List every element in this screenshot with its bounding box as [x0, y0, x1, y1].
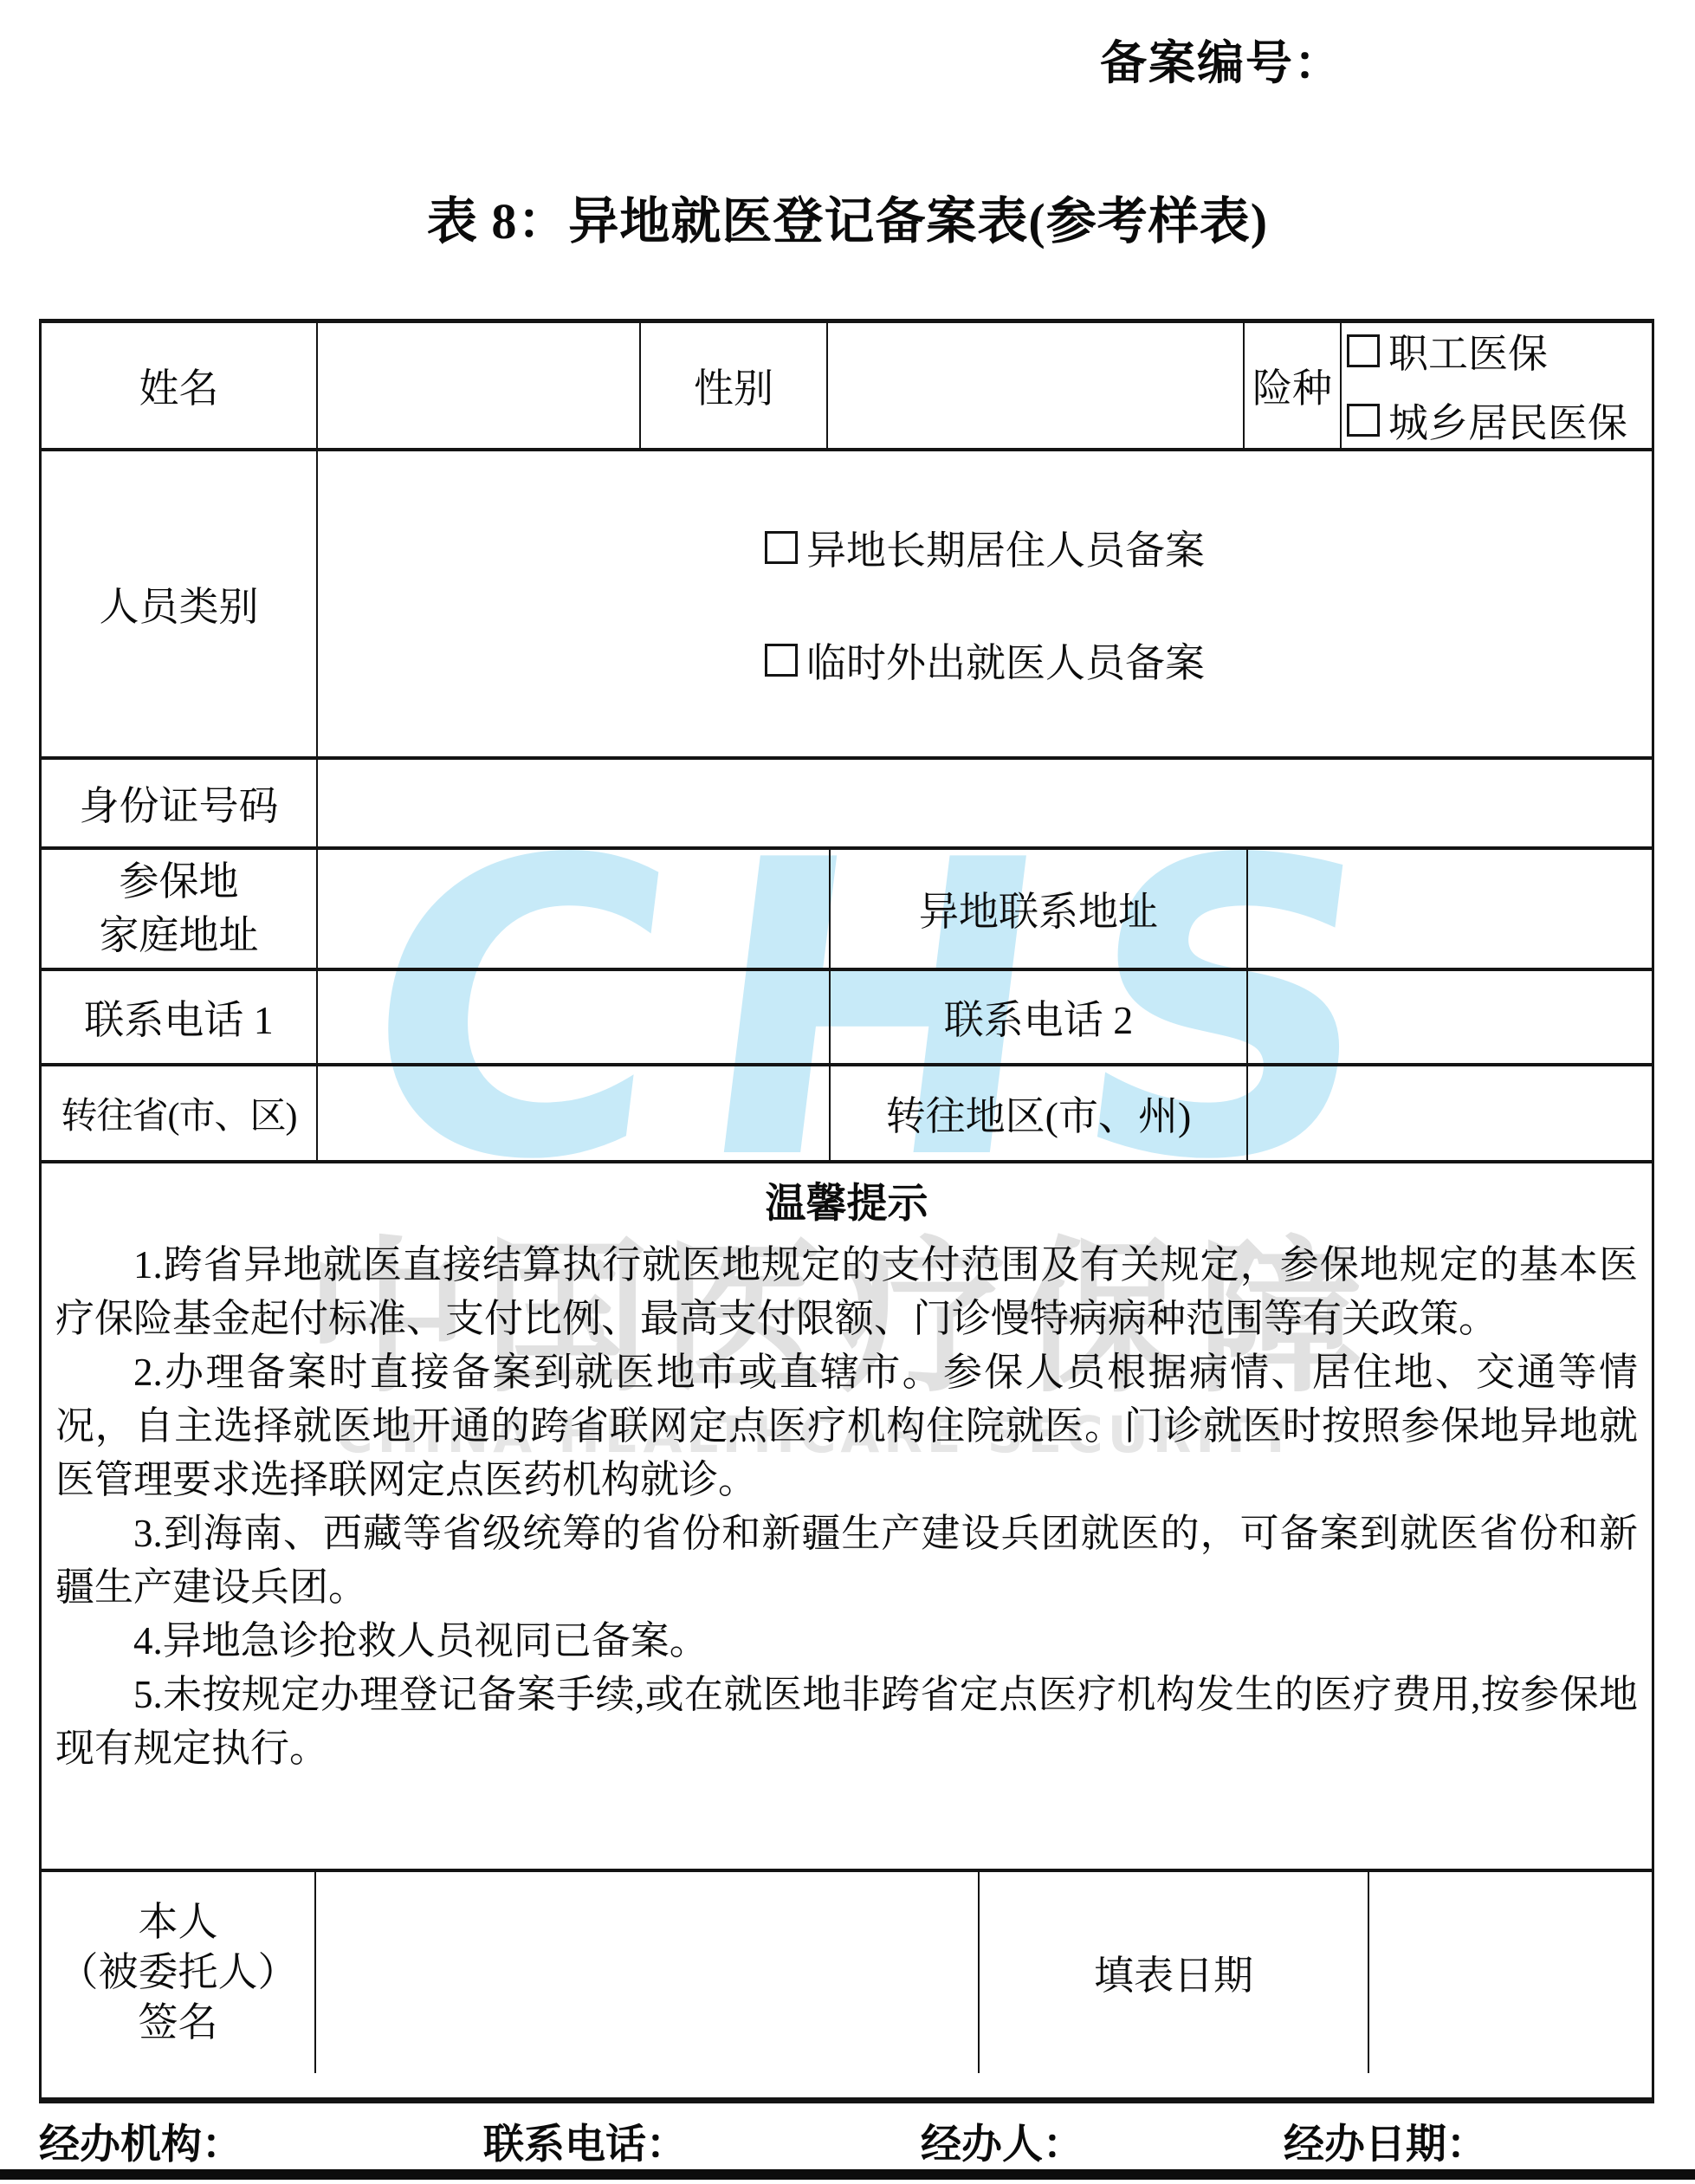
home-address-label-line1: 参保地: [120, 855, 239, 909]
category-option-label: 异地长期居住人员备案: [806, 519, 1205, 576]
signature-label: 本人 （被委托人） 签名: [42, 1872, 316, 2073]
tips-paragraph-4: 4.异地急诊抢救人员视同已备案。: [55, 1614, 1638, 1668]
insurance-option-label: 城乡居民医保: [1388, 392, 1627, 448]
fill-date-input-cell[interactable]: [1369, 1872, 1652, 2073]
checkbox-icon[interactable]: [765, 644, 798, 677]
gender-label: 性别: [641, 323, 828, 448]
table-row-phones: 联系电话 1 联系电话 2: [42, 971, 1652, 1066]
table-row-name-gender-insurance: 姓名 性别 险种 职工医保 城乡居民医保: [42, 323, 1652, 451]
id-number-label: 身份证号码: [42, 760, 318, 846]
table-row-addresses: 参保地 家庭地址 异地联系地址: [42, 850, 1652, 971]
insurance-option-resident[interactable]: 城乡居民医保: [1347, 392, 1627, 448]
home-address-label: 参保地 家庭地址: [42, 850, 318, 968]
bottom-rule: [0, 2169, 1695, 2180]
remote-address-label: 异地联系地址: [831, 850, 1248, 968]
agency-label: 经办机构：: [39, 2112, 243, 2170]
page-title: 表 8：异地就医登记备案表(参考样表): [0, 180, 1695, 253]
checkbox-icon[interactable]: [1347, 404, 1380, 437]
footer-phone-label: 联系电话：: [483, 2112, 687, 2170]
category-option-label: 临时外出就医人员备案: [806, 632, 1205, 689]
form-page: CHS 中国医疗保障 CHINA HEALTHCARE SECURITY 备案编…: [0, 0, 1695, 2184]
name-label: 姓名: [42, 323, 318, 448]
insurance-option-employee[interactable]: 职工医保: [1347, 323, 1548, 379]
tips-paragraph-1: 1.跨省异地就医直接结算执行就医地规定的支付范围及有关规定，参保地规定的基本医疗…: [55, 1238, 1638, 1345]
tips-paragraph-3: 3.到海南、西藏等省级统筹的省份和新疆生产建设兵团就医的，可备案到就医省份和新疆…: [55, 1507, 1638, 1614]
registration-table: 姓名 性别 险种 职工医保 城乡居民医保 人员类别: [39, 319, 1654, 2103]
checkbox-icon[interactable]: [1347, 334, 1380, 367]
tips-cell: 温馨提示 1.跨省异地就医直接结算执行就医地规定的支付范围及有关规定，参保地规定…: [42, 1163, 1652, 1869]
tips-paragraph-2: 2.办理备案时直接备案到就医地市或直辖市。参保人员根据病情、居住地、交通等情况，…: [55, 1345, 1638, 1507]
category-option-long-term[interactable]: 异地长期居住人员备案: [765, 519, 1205, 576]
fill-date-label: 填表日期: [980, 1872, 1369, 2073]
home-address-label-line2: 家庭地址: [100, 909, 259, 962]
tips-paragraph-5: 5.未按规定办理登记备案手续,或在就医地非跨省定点医疗机构发生的医疗费用,按参保…: [55, 1668, 1638, 1775]
insurance-type-label: 险种: [1245, 323, 1342, 448]
filing-number-label: 备案编号：: [1100, 26, 1464, 93]
phone1-input-cell[interactable]: [318, 971, 831, 1063]
destination-region-label: 转往地区(市、州): [831, 1066, 1248, 1160]
signature-input-cell[interactable]: [316, 1872, 980, 2073]
destination-province-label: 转往省(市、区): [42, 1066, 318, 1160]
insurance-option-label: 职工医保: [1388, 323, 1548, 379]
signature-label-line3: 签名: [139, 1998, 218, 2048]
handling-date-label: 经办日期：: [1284, 2112, 1487, 2170]
signature-label-line1: 本人: [139, 1897, 218, 1947]
checkbox-icon[interactable]: [765, 531, 798, 564]
remote-address-input-cell[interactable]: [1248, 850, 1652, 968]
table-row-category: 人员类别 异地长期居住人员备案 临时外出就医人员备案: [42, 451, 1652, 760]
category-label: 人员类别: [42, 451, 318, 756]
table-row-signature: 本人 （被委托人） 签名 填表日期: [42, 1872, 1652, 2073]
gender-input-cell[interactable]: [828, 323, 1245, 448]
phone2-input-cell[interactable]: [1248, 971, 1652, 1063]
insurance-options-cell: 职工医保 城乡居民医保: [1342, 323, 1652, 448]
phone1-label: 联系电话 1: [42, 971, 318, 1063]
category-option-temporary[interactable]: 临时外出就医人员备案: [765, 632, 1205, 689]
operator-label: 经办人：: [921, 2112, 1084, 2170]
id-number-input-cell[interactable]: [318, 760, 1652, 846]
tips-title: 温馨提示: [55, 1176, 1638, 1233]
home-address-input-cell[interactable]: [318, 850, 831, 968]
destination-province-input-cell[interactable]: [318, 1066, 831, 1160]
table-row-tips: 温馨提示 1.跨省异地就医直接结算执行就医地规定的支付范围及有关规定，参保地规定…: [42, 1163, 1652, 1872]
footer: 经办机构： 联系电话： 经办人： 经办日期：: [0, 2112, 1695, 2164]
signature-label-line2: （被委托人）: [59, 1947, 298, 1998]
name-input-cell[interactable]: [318, 323, 641, 448]
destination-region-input-cell[interactable]: [1248, 1066, 1652, 1160]
category-options-cell: 异地长期居住人员备案 临时外出就医人员备案: [318, 451, 1652, 756]
table-row-destination: 转往省(市、区) 转往地区(市、州): [42, 1066, 1652, 1163]
phone2-label: 联系电话 2: [831, 971, 1248, 1063]
table-row-id-number: 身份证号码: [42, 760, 1652, 850]
